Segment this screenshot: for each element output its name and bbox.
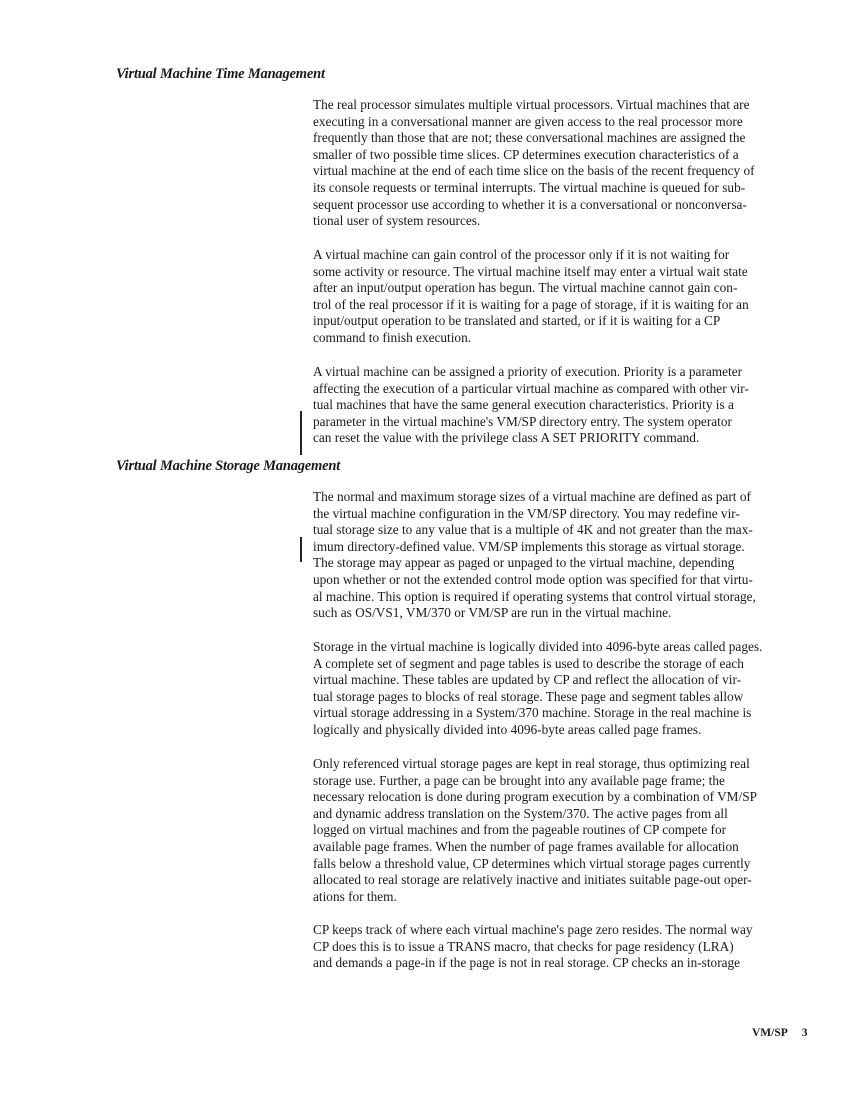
text-line: sequent processor use according to wheth…: [313, 197, 813, 214]
text-line: necessary relocation is done during prog…: [313, 789, 813, 806]
text-line: CP does this is to issue a TRANS macro, …: [313, 939, 813, 956]
text-line: imum directory-defined value. VM/SP impl…: [313, 539, 813, 556]
text-line: some activity or resource. The virtual m…: [313, 264, 813, 281]
text-line: such as OS/VS1, VM/370 or VM/SP are run …: [313, 605, 813, 622]
text-line: tual storage pages to blocks of real sto…: [313, 689, 813, 706]
paragraph-storage-2: Storage in the virtual machine is logica…: [313, 639, 813, 739]
text-line: parameter in the virtual machine's VM/SP…: [313, 414, 813, 431]
text-line: logged on virtual machines and from the …: [313, 822, 813, 839]
text-line: logically and physically divided into 40…: [313, 722, 813, 739]
text-line: virtual machine. These tables are update…: [313, 672, 813, 689]
section-heading-storage-management: Virtual Machine Storage Management: [116, 458, 340, 475]
text-line: the virtual machine configuration in the…: [313, 506, 813, 523]
text-line: virtual storage addressing in a System/3…: [313, 705, 813, 722]
text-line: tual machines that have the same general…: [313, 397, 813, 414]
page-footer: VM/SP3: [752, 1027, 808, 1039]
text-line: Storage in the virtual machine is logica…: [313, 639, 813, 656]
text-line: ations for them.: [313, 889, 813, 906]
text-line: tual storage size to any value that is a…: [313, 522, 813, 539]
text-line: available page frames. When the number o…: [313, 839, 813, 856]
text-line: upon whether or not the extended control…: [313, 572, 813, 589]
text-line: A complete set of segment and page table…: [313, 656, 813, 673]
text-line: frequently than those that are not; thes…: [313, 130, 813, 147]
text-line: command to finish execution.: [313, 330, 813, 347]
text-line: trol of the real processor if it is wait…: [313, 297, 813, 314]
text-line: al machine. This option is required if o…: [313, 589, 813, 606]
text-line: smaller of two possible time slices. CP …: [313, 147, 813, 164]
footer-label: VM/SP: [752, 1027, 788, 1039]
paragraph-time-2: A virtual machine can gain control of th…: [313, 247, 813, 347]
text-line: can reset the value with the privilege c…: [313, 430, 813, 447]
text-line: executing in a conversational manner are…: [313, 114, 813, 131]
text-line: The storage may appear as paged or unpag…: [313, 555, 813, 572]
paragraph-storage-4: CP keeps track of where each virtual mac…: [313, 922, 813, 972]
text-line: A virtual machine can gain control of th…: [313, 247, 813, 264]
text-line: The real processor simulates multiple vi…: [313, 97, 813, 114]
text-line: after an input/output operation has begu…: [313, 280, 813, 297]
text-line: and dynamic address translation on the S…: [313, 806, 813, 823]
paragraph-storage-3: Only referenced virtual storage pages ar…: [313, 756, 813, 905]
text-line: storage use. Further, a page can be brou…: [313, 773, 813, 790]
text-line: falls below a threshold value, CP determ…: [313, 856, 813, 873]
text-line: The normal and maximum storage sizes of …: [313, 489, 813, 506]
text-line: affecting the execution of a particular …: [313, 381, 813, 398]
text-line: A virtual machine can be assigned a prio…: [313, 364, 813, 381]
text-line: tional user of system resources.: [313, 213, 813, 230]
text-line: its console requests or terminal interru…: [313, 180, 813, 197]
text-line: virtual machine at the end of each time …: [313, 163, 813, 180]
paragraph-time-1: The real processor simulates multiple vi…: [313, 97, 813, 230]
text-line: CP keeps track of where each virtual mac…: [313, 922, 813, 939]
text-line: and demands a page-in if the page is not…: [313, 955, 813, 972]
text-line: allocated to real storage are relatively…: [313, 872, 813, 889]
section-heading-time-management: Virtual Machine Time Management: [116, 66, 325, 83]
paragraph-time-3: A virtual machine can be assigned a prio…: [313, 364, 813, 447]
text-line: input/output operation to be translated …: [313, 313, 813, 330]
page-number: 3: [802, 1027, 808, 1039]
text-line: Only referenced virtual storage pages ar…: [313, 756, 813, 773]
revision-change-bar: [300, 537, 302, 562]
paragraph-storage-1: The normal and maximum storage sizes of …: [313, 489, 813, 622]
revision-change-bar: [300, 411, 302, 455]
